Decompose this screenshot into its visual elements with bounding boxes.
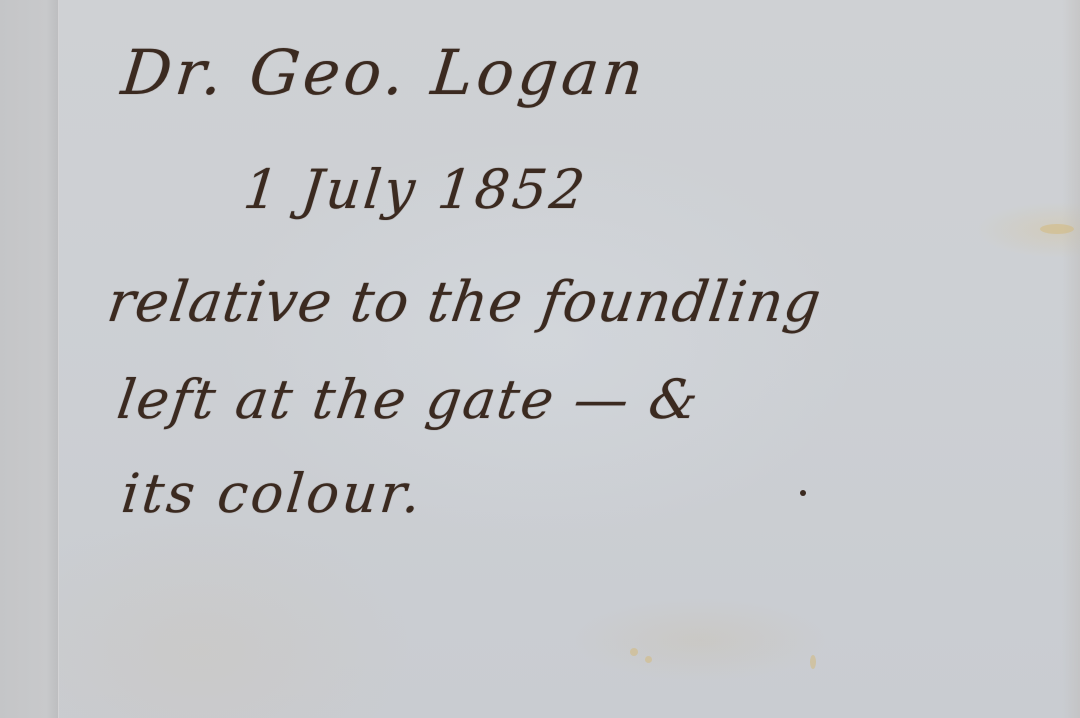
paper-edge-right: [1062, 0, 1080, 718]
date-line: 1 July 1852: [241, 158, 591, 221]
addressee-line: Dr. Geo. Logan: [118, 36, 651, 109]
paper-stain: [1040, 224, 1074, 234]
subject-line-2: left at the gate — &: [114, 368, 704, 431]
manuscript-page: Dr. Geo. Logan 1 July 1852 relative to t…: [0, 0, 1080, 718]
paper-stain: [810, 655, 816, 669]
subject-line-3: its colour.: [119, 462, 427, 525]
ink-dot: [800, 490, 806, 496]
paper-stain: [630, 648, 638, 656]
subject-line-1: relative to the foundling: [103, 270, 825, 335]
paper-stain: [645, 656, 652, 663]
paper-fold-left: [0, 0, 59, 718]
